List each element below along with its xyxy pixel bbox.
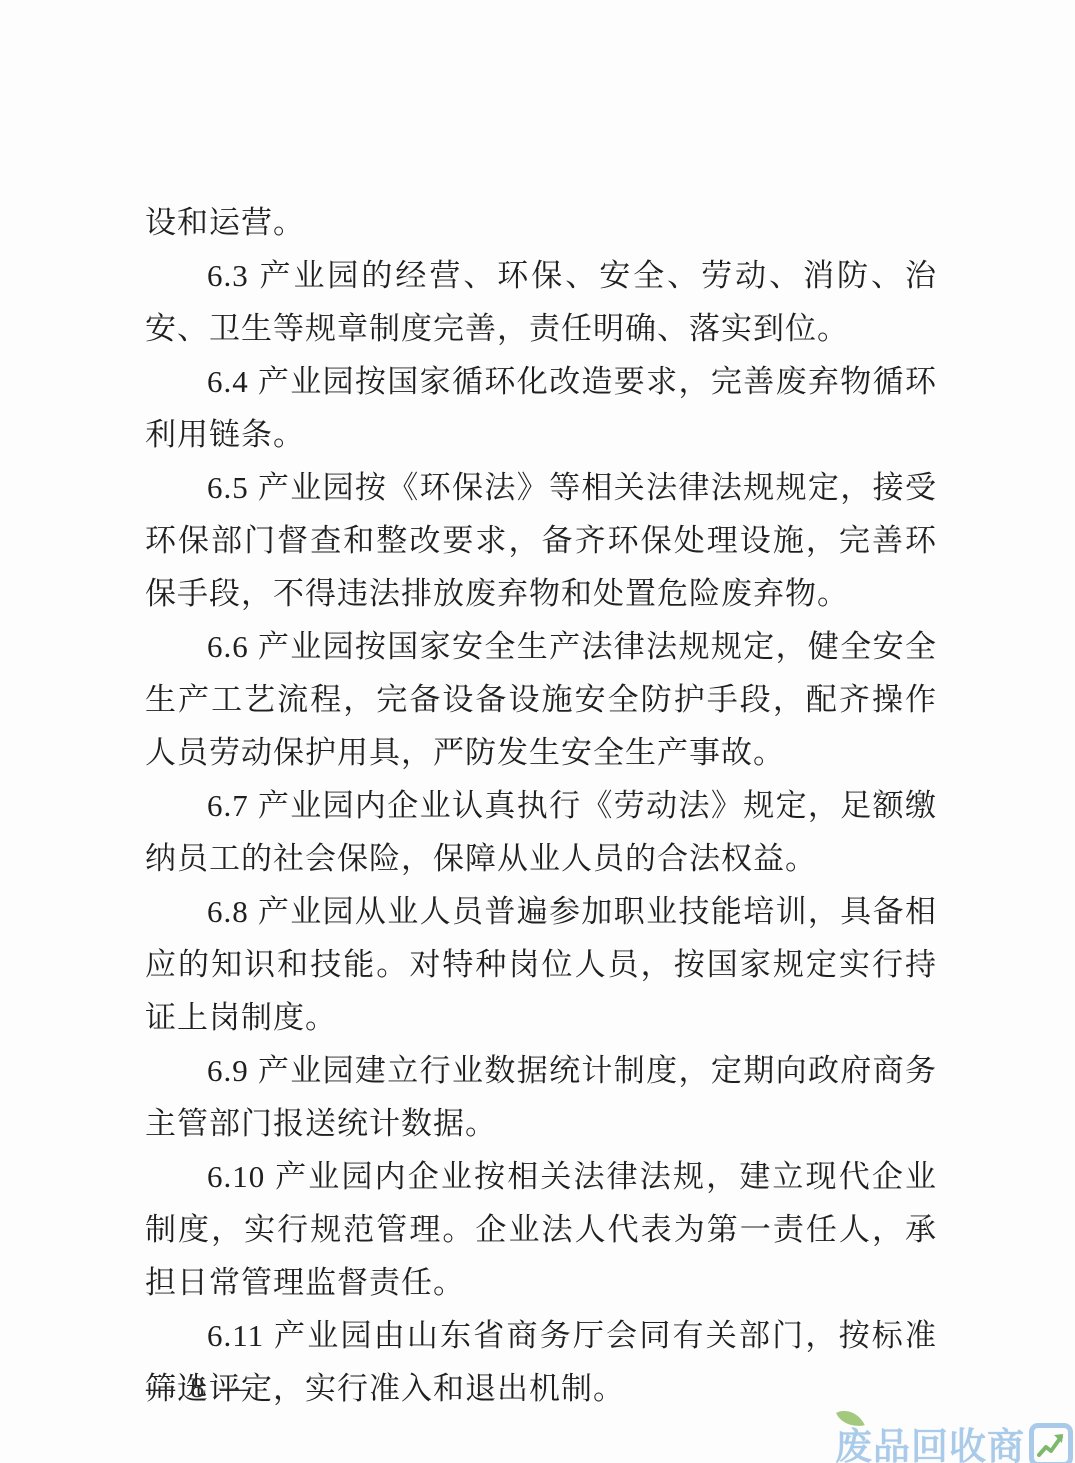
paragraph: 6.8 产业园从业人员普遍参加职业技能培训，具备相应的知识和技能。对特种岗位人员… (145, 885, 937, 1044)
document-page: 设和运营。 6.3 产业园的经营、环保、安全、劳动、消防、治安、卫生等规章制度完… (0, 0, 1075, 1463)
paragraph: 6.9 产业园建立行业数据统计制度，定期向政府商务主管部门报送统计数据。 (145, 1044, 937, 1150)
paragraph: 设和运营。 (145, 196, 937, 249)
paragraph: 6.6 产业园按国家安全生产法律法规规定，健全安全生产工艺流程，完备设备设施安全… (145, 620, 937, 779)
paragraph: 6.7 产业园内企业认真执行《劳动法》规定，足额缴纳员工的社会保险，保障从业人员… (145, 779, 937, 885)
page-number: — 8 — (146, 1372, 253, 1405)
leaf-icon (833, 1411, 867, 1433)
paragraph: 6.4 产业园按国家循环化改造要求，完善废弃物循环利用链条。 (145, 355, 937, 461)
paragraph: 6.10 产业园内企业按相关法律法规，建立现代企业制度，实行规范管理。企业法人代… (145, 1150, 937, 1309)
document-body: 设和运营。 6.3 产业园的经营、环保、安全、劳动、消防、治安、卫生等规章制度完… (145, 196, 937, 1415)
trend-up-chart-icon (1029, 1423, 1073, 1463)
watermark-logo: 废品回收商 (835, 1423, 1073, 1463)
paragraph: 6.5 产业园按《环保法》等相关法律法规规定，接受环保部门督查和整改要求，备齐环… (145, 461, 937, 620)
paragraph: 6.3 产业园的经营、环保、安全、劳动、消防、治安、卫生等规章制度完善，责任明确… (145, 249, 937, 355)
paragraph: 6.11 产业园由山东省商务厅会同有关部门，按标准筛选评定，实行准入和退出机制。 (145, 1309, 937, 1415)
